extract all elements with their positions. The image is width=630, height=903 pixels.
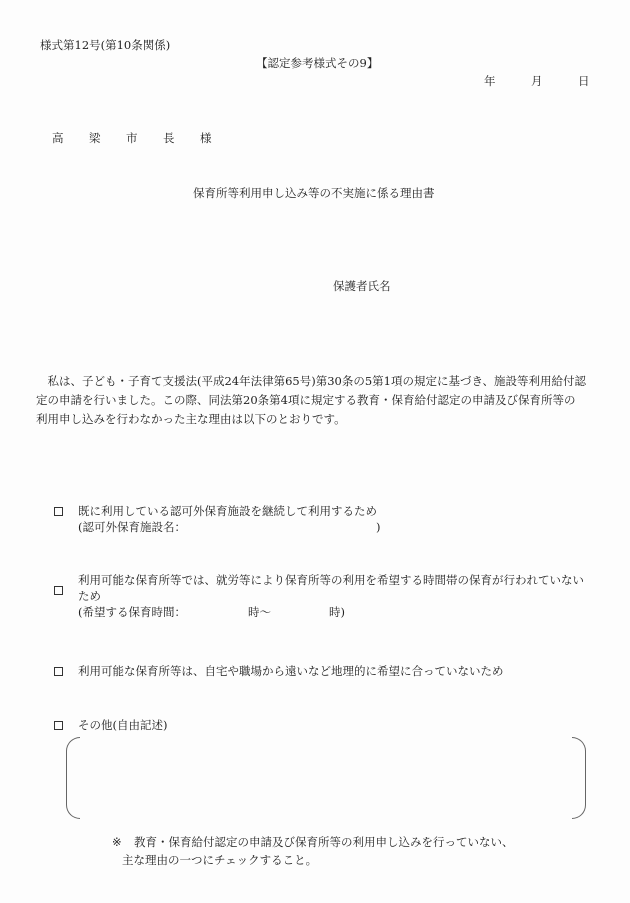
checkbox-option-1[interactable] [54, 507, 63, 516]
date-year-label: 年 [484, 76, 531, 88]
option-1-label: 既に利用している認可外保育施設を継続して利用するため [78, 503, 381, 519]
option-2-label-line1: 利用可能な保育所等では、就労等により保育所等の利用を希望する時間帯の保育が行われ… [78, 572, 584, 588]
checkbox-option-4[interactable] [54, 721, 63, 730]
option-1-sub: (認可外保育施設名：) [78, 519, 381, 535]
body-line: 私は、子ども・子育て支援法(平成24年法律第65号)第30条の5第1項の規定に基… [36, 372, 596, 391]
option-3-label: 利用可能な保育所等は、自宅や職場から遠いなど地理的に希望に合っていないため [78, 663, 504, 679]
option-2-label-line2: ため [78, 588, 584, 604]
note-line1: 教育・保育給付認定の申請及び保育所等の利用申し込みを行っていない、 [134, 835, 514, 849]
facility-name-label: (認可外保育施設名： [78, 520, 186, 534]
desired-hours-label: (希望する保育時間： [78, 605, 186, 619]
free-text-input[interactable] [82, 741, 572, 817]
body-paragraph: 私は、子ども・子育て支援法(平成24年法律第65号)第30条の5第1項の規定に基… [36, 372, 596, 429]
time-to-suffix: 時) [329, 605, 345, 619]
reference-title: 【認定参考様式その9】 [256, 58, 378, 70]
right-bracket [572, 737, 586, 819]
note-mark: ※ [112, 833, 134, 851]
facility-name-close: ) [376, 520, 381, 534]
body-line: 利用申し込みを行わなかった主な理由は以下のとおりです。 [36, 410, 596, 429]
checkbox-option-3[interactable] [54, 667, 63, 676]
addressee: 高 梁 市 長 様 [52, 133, 222, 145]
checkbox-option-2[interactable] [54, 586, 63, 595]
time-from-suffix: 時～ [248, 605, 271, 619]
form-number: 様式第12号(第10条関係) [40, 40, 170, 52]
left-bracket [66, 737, 80, 819]
instruction-note: ※教育・保育給付認定の申請及び保育所等の利用申し込みを行っていない、 主な理由の… [112, 833, 514, 869]
free-text-box [66, 737, 586, 819]
date-day-label: 日 [578, 76, 590, 88]
option-4-label: その他(自由記述) [78, 717, 167, 733]
document-title: 保育所等利用申し込み等の不実施に係る理由書 [193, 188, 435, 200]
body-line: 定の申請を行いました。この際、同法第20条第4項に規定する教育・保育給付認定の申… [36, 391, 596, 410]
option-2-sub: (希望する保育時間：時～時) [78, 604, 584, 620]
guardian-name-label: 保護者氏名 [333, 281, 391, 293]
date-month-label: 月 [531, 76, 578, 88]
date-row: 年月日 [484, 76, 590, 88]
note-line2: 主な理由の一つにチェックすること。 [112, 851, 514, 869]
